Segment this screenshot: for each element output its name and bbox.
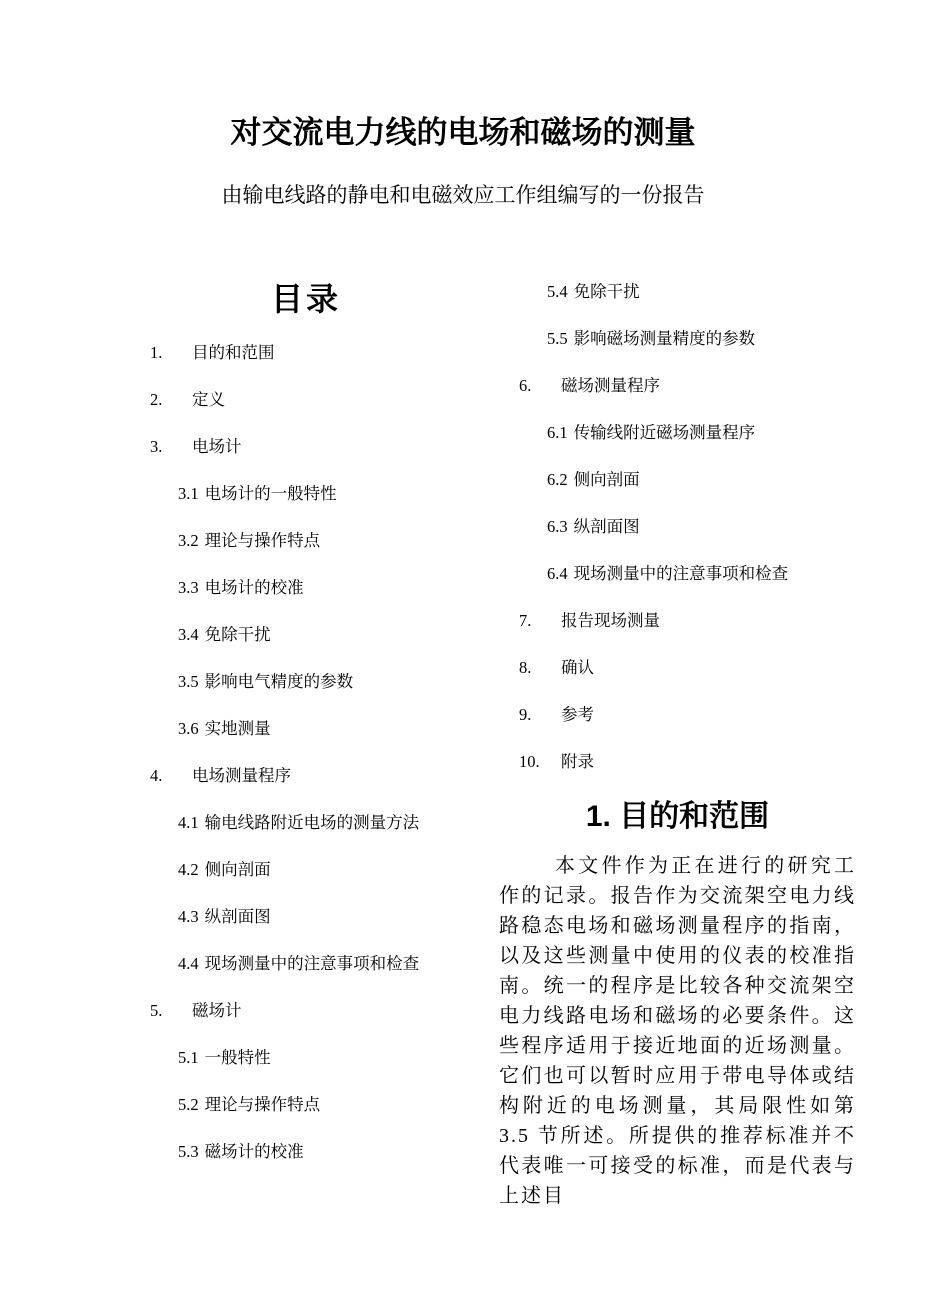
toc-item-label: 输电线路附近电场的测量方法 bbox=[205, 812, 420, 834]
toc-item-label: 一般特性 bbox=[205, 1047, 271, 1069]
toc-item-label: 侧向剖面 bbox=[574, 469, 640, 491]
toc-item-number: 4.4 bbox=[178, 953, 199, 975]
toc-item-number: 4.3 bbox=[178, 906, 199, 928]
document-subtitle: 由输电线路的静电和电磁效应工作组编写的一份报告 bbox=[0, 181, 926, 209]
toc-item-number: 4. bbox=[150, 765, 192, 787]
toc-item: 4.4 现场测量中的注意事项和检查 bbox=[130, 953, 482, 975]
toc-item-number: 2. bbox=[150, 389, 192, 411]
toc-item-number: 3.5 bbox=[178, 671, 199, 693]
toc-item: 3.2 理论与操作特点 bbox=[130, 530, 482, 552]
toc-item-label: 参考 bbox=[561, 704, 594, 726]
toc-item-label: 磁场测量程序 bbox=[561, 375, 660, 397]
toc-item: 3.1 电场计的一般特性 bbox=[130, 483, 482, 505]
document-page: 对交流电力线的电场和磁场的测量 由输电线路的静电和电磁效应工作组编写的一份报告 … bbox=[0, 0, 926, 1309]
toc-item: 2. 定义 bbox=[130, 389, 482, 411]
toc-item-label: 电场计的校准 bbox=[205, 577, 304, 599]
toc-item: 5.1 一般特性 bbox=[130, 1047, 482, 1069]
toc-item: 6. 磁场测量程序 bbox=[499, 375, 856, 397]
toc-item-label: 确认 bbox=[561, 657, 594, 679]
toc-left-column: 目录 1. 目的和范围 2. 定义 3. 电场计 3.1 bbox=[130, 282, 482, 1188]
toc-item-label: 附录 bbox=[561, 751, 594, 773]
toc-item-label: 电场计的一般特性 bbox=[205, 483, 337, 505]
toc-item-number: 5.5 bbox=[547, 328, 568, 350]
document-title: 对交流电力线的电场和磁场的测量 bbox=[0, 113, 926, 153]
toc-item-number: 1. bbox=[150, 342, 192, 364]
body-paragraph: 本文件作为正在进行的研究工作的记录。报告作为交流架空电力线路稳态电场和磁场测量程… bbox=[499, 851, 856, 1211]
toc-item-number: 4.1 bbox=[178, 812, 199, 834]
toc-item-label: 纵剖面图 bbox=[205, 906, 271, 928]
toc-item: 5.3 磁场计的校准 bbox=[130, 1141, 482, 1163]
toc-item-number: 10. bbox=[519, 751, 561, 773]
toc-item-label: 影响电气精度的参数 bbox=[205, 671, 354, 693]
toc-item-label: 报告现场测量 bbox=[561, 610, 660, 632]
toc-item-number: 6.2 bbox=[547, 469, 568, 491]
toc-item-number: 6.1 bbox=[547, 422, 568, 444]
toc-item-label: 免除干扰 bbox=[205, 624, 271, 646]
toc-item-number: 6.4 bbox=[547, 563, 568, 585]
toc-item-number: 5.3 bbox=[178, 1141, 199, 1163]
toc-list-left: 1. 目的和范围 2. 定义 3. 电场计 3.1 电场计的一般特性 bbox=[130, 342, 482, 1163]
toc-item-number: 5.2 bbox=[178, 1094, 199, 1116]
toc-item: 4.1 输电线路附近电场的测量方法 bbox=[130, 812, 482, 834]
toc-item-label: 侧向剖面 bbox=[205, 859, 271, 881]
toc-item-label: 理论与操作特点 bbox=[205, 530, 321, 552]
toc-item-label: 传输线附近磁场测量程序 bbox=[574, 422, 756, 444]
toc-item-number: 3.2 bbox=[178, 530, 199, 552]
toc-item-label: 免除干扰 bbox=[574, 281, 640, 303]
toc-item-number: 3.1 bbox=[178, 483, 199, 505]
toc-item: 3.6 实地测量 bbox=[130, 718, 482, 740]
right-column: 5.4 免除干扰 5.5 影响磁场测量精度的参数 6. 磁场测量程序 6.1 传… bbox=[499, 281, 856, 1211]
toc-item: 10. 附录 bbox=[499, 751, 856, 773]
toc-item: 8. 确认 bbox=[499, 657, 856, 679]
toc-item: 4. 电场测量程序 bbox=[130, 765, 482, 787]
toc-item: 5. 磁场计 bbox=[130, 1000, 482, 1022]
toc-item-label: 磁场计的校准 bbox=[205, 1141, 304, 1163]
toc-item-number: 5.4 bbox=[547, 281, 568, 303]
toc-item-number: 5. bbox=[150, 1000, 192, 1022]
toc-item-number: 4.2 bbox=[178, 859, 199, 881]
toc-item-number: 5.1 bbox=[178, 1047, 199, 1069]
toc-item: 5.4 免除干扰 bbox=[499, 281, 856, 303]
section-heading: 1. 目的和范围 bbox=[499, 798, 856, 836]
toc-item: 9. 参考 bbox=[499, 704, 856, 726]
toc-item: 6.3 纵剖面图 bbox=[499, 516, 856, 538]
toc-item-label: 目的和范围 bbox=[192, 342, 275, 364]
toc-item: 4.3 纵剖面图 bbox=[130, 906, 482, 928]
toc-item: 4.2 侧向剖面 bbox=[130, 859, 482, 881]
toc-item-number: 7. bbox=[519, 610, 561, 632]
toc-item-number: 6.3 bbox=[547, 516, 568, 538]
toc-item-number: 3. bbox=[150, 436, 192, 458]
toc-item: 6.4 现场测量中的注意事项和检查 bbox=[499, 563, 856, 585]
toc-heading: 目录 bbox=[130, 282, 482, 316]
toc-item: 7. 报告现场测量 bbox=[499, 610, 856, 632]
toc-item-label: 理论与操作特点 bbox=[205, 1094, 321, 1116]
toc-item-label: 实地测量 bbox=[205, 718, 271, 740]
toc-item-label: 纵剖面图 bbox=[574, 516, 640, 538]
toc-item: 5.5 影响磁场测量精度的参数 bbox=[499, 328, 856, 350]
toc-item: 6.2 侧向剖面 bbox=[499, 469, 856, 491]
toc-item-number: 3.6 bbox=[178, 718, 199, 740]
toc-item-label: 电场测量程序 bbox=[192, 765, 291, 787]
toc-item: 5.2 理论与操作特点 bbox=[130, 1094, 482, 1116]
toc-item-label: 定义 bbox=[192, 389, 225, 411]
toc-list-right: 5.4 免除干扰 5.5 影响磁场测量精度的参数 6. 磁场测量程序 6.1 传… bbox=[499, 281, 856, 773]
toc-item: 3.5 影响电气精度的参数 bbox=[130, 671, 482, 693]
toc-item-label: 磁场计 bbox=[192, 1000, 242, 1022]
toc-item-number: 8. bbox=[519, 657, 561, 679]
toc-item-label: 影响磁场测量精度的参数 bbox=[574, 328, 756, 350]
toc-item: 3.3 电场计的校准 bbox=[130, 577, 482, 599]
toc-item: 6.1 传输线附近磁场测量程序 bbox=[499, 422, 856, 444]
toc-item-number: 3.4 bbox=[178, 624, 199, 646]
toc-item-label: 现场测量中的注意事项和检查 bbox=[574, 563, 789, 585]
toc-item-number: 6. bbox=[519, 375, 561, 397]
toc-item-label: 现场测量中的注意事项和检查 bbox=[205, 953, 420, 975]
toc-item-label: 电场计 bbox=[192, 436, 242, 458]
toc-item: 1. 目的和范围 bbox=[130, 342, 482, 364]
toc-item: 3.4 免除干扰 bbox=[130, 624, 482, 646]
toc-item-number: 3.3 bbox=[178, 577, 199, 599]
toc-item: 3. 电场计 bbox=[130, 436, 482, 458]
toc-item-number: 9. bbox=[519, 704, 561, 726]
